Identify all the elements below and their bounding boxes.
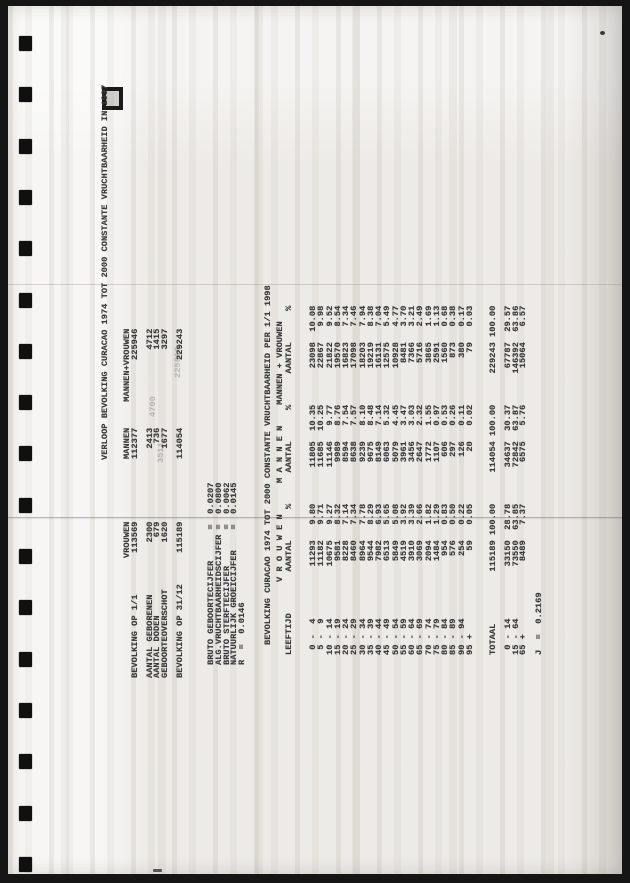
microfilm-frame: VERLOOP BEVOLKING CURACAO 1974 TOT 2000 … [0,0,630,883]
rotated-document: VERLOOP BEVOLKING CURACAO 1974 TOT 2000 … [0,0,630,883]
ghost-text: 4700 [148,396,158,417]
age-table-total-row: TOTAAL 115189 100.00 114054 100.00 22924… [489,306,498,655]
j-value-line: J = 0.2169 [535,592,544,655]
age-table-rows: 0 - 4 11293 9.80 11805 10.35 23098 10.08… [309,306,474,655]
summary-table: VROUWEN MANNEN MANNEN+VROUWEN BEVOLKING … [124,329,184,678]
age-table-subtotal-rows: 0 - 14 33150 28.78 34637 30.37 67787 29.… [505,306,528,655]
page-title: VERLOOP BEVOLKING CURACAO 1974 TOT 2000 … [101,85,110,460]
age-table-column-headers: LEEFTIJD AANTAL % AANTAL % AANTAL % [285,306,294,655]
ghost-text: 225816 [173,347,183,378]
age-table-title: BEVOLKING CURACAO 1974 TOT 2000 CONSTANT… [264,285,273,645]
ghost-text: 3511 [156,442,166,463]
rates-block: BRUTO GEBOORTECIJFER = 0.0207 ALG.VRUCHT… [208,483,247,665]
